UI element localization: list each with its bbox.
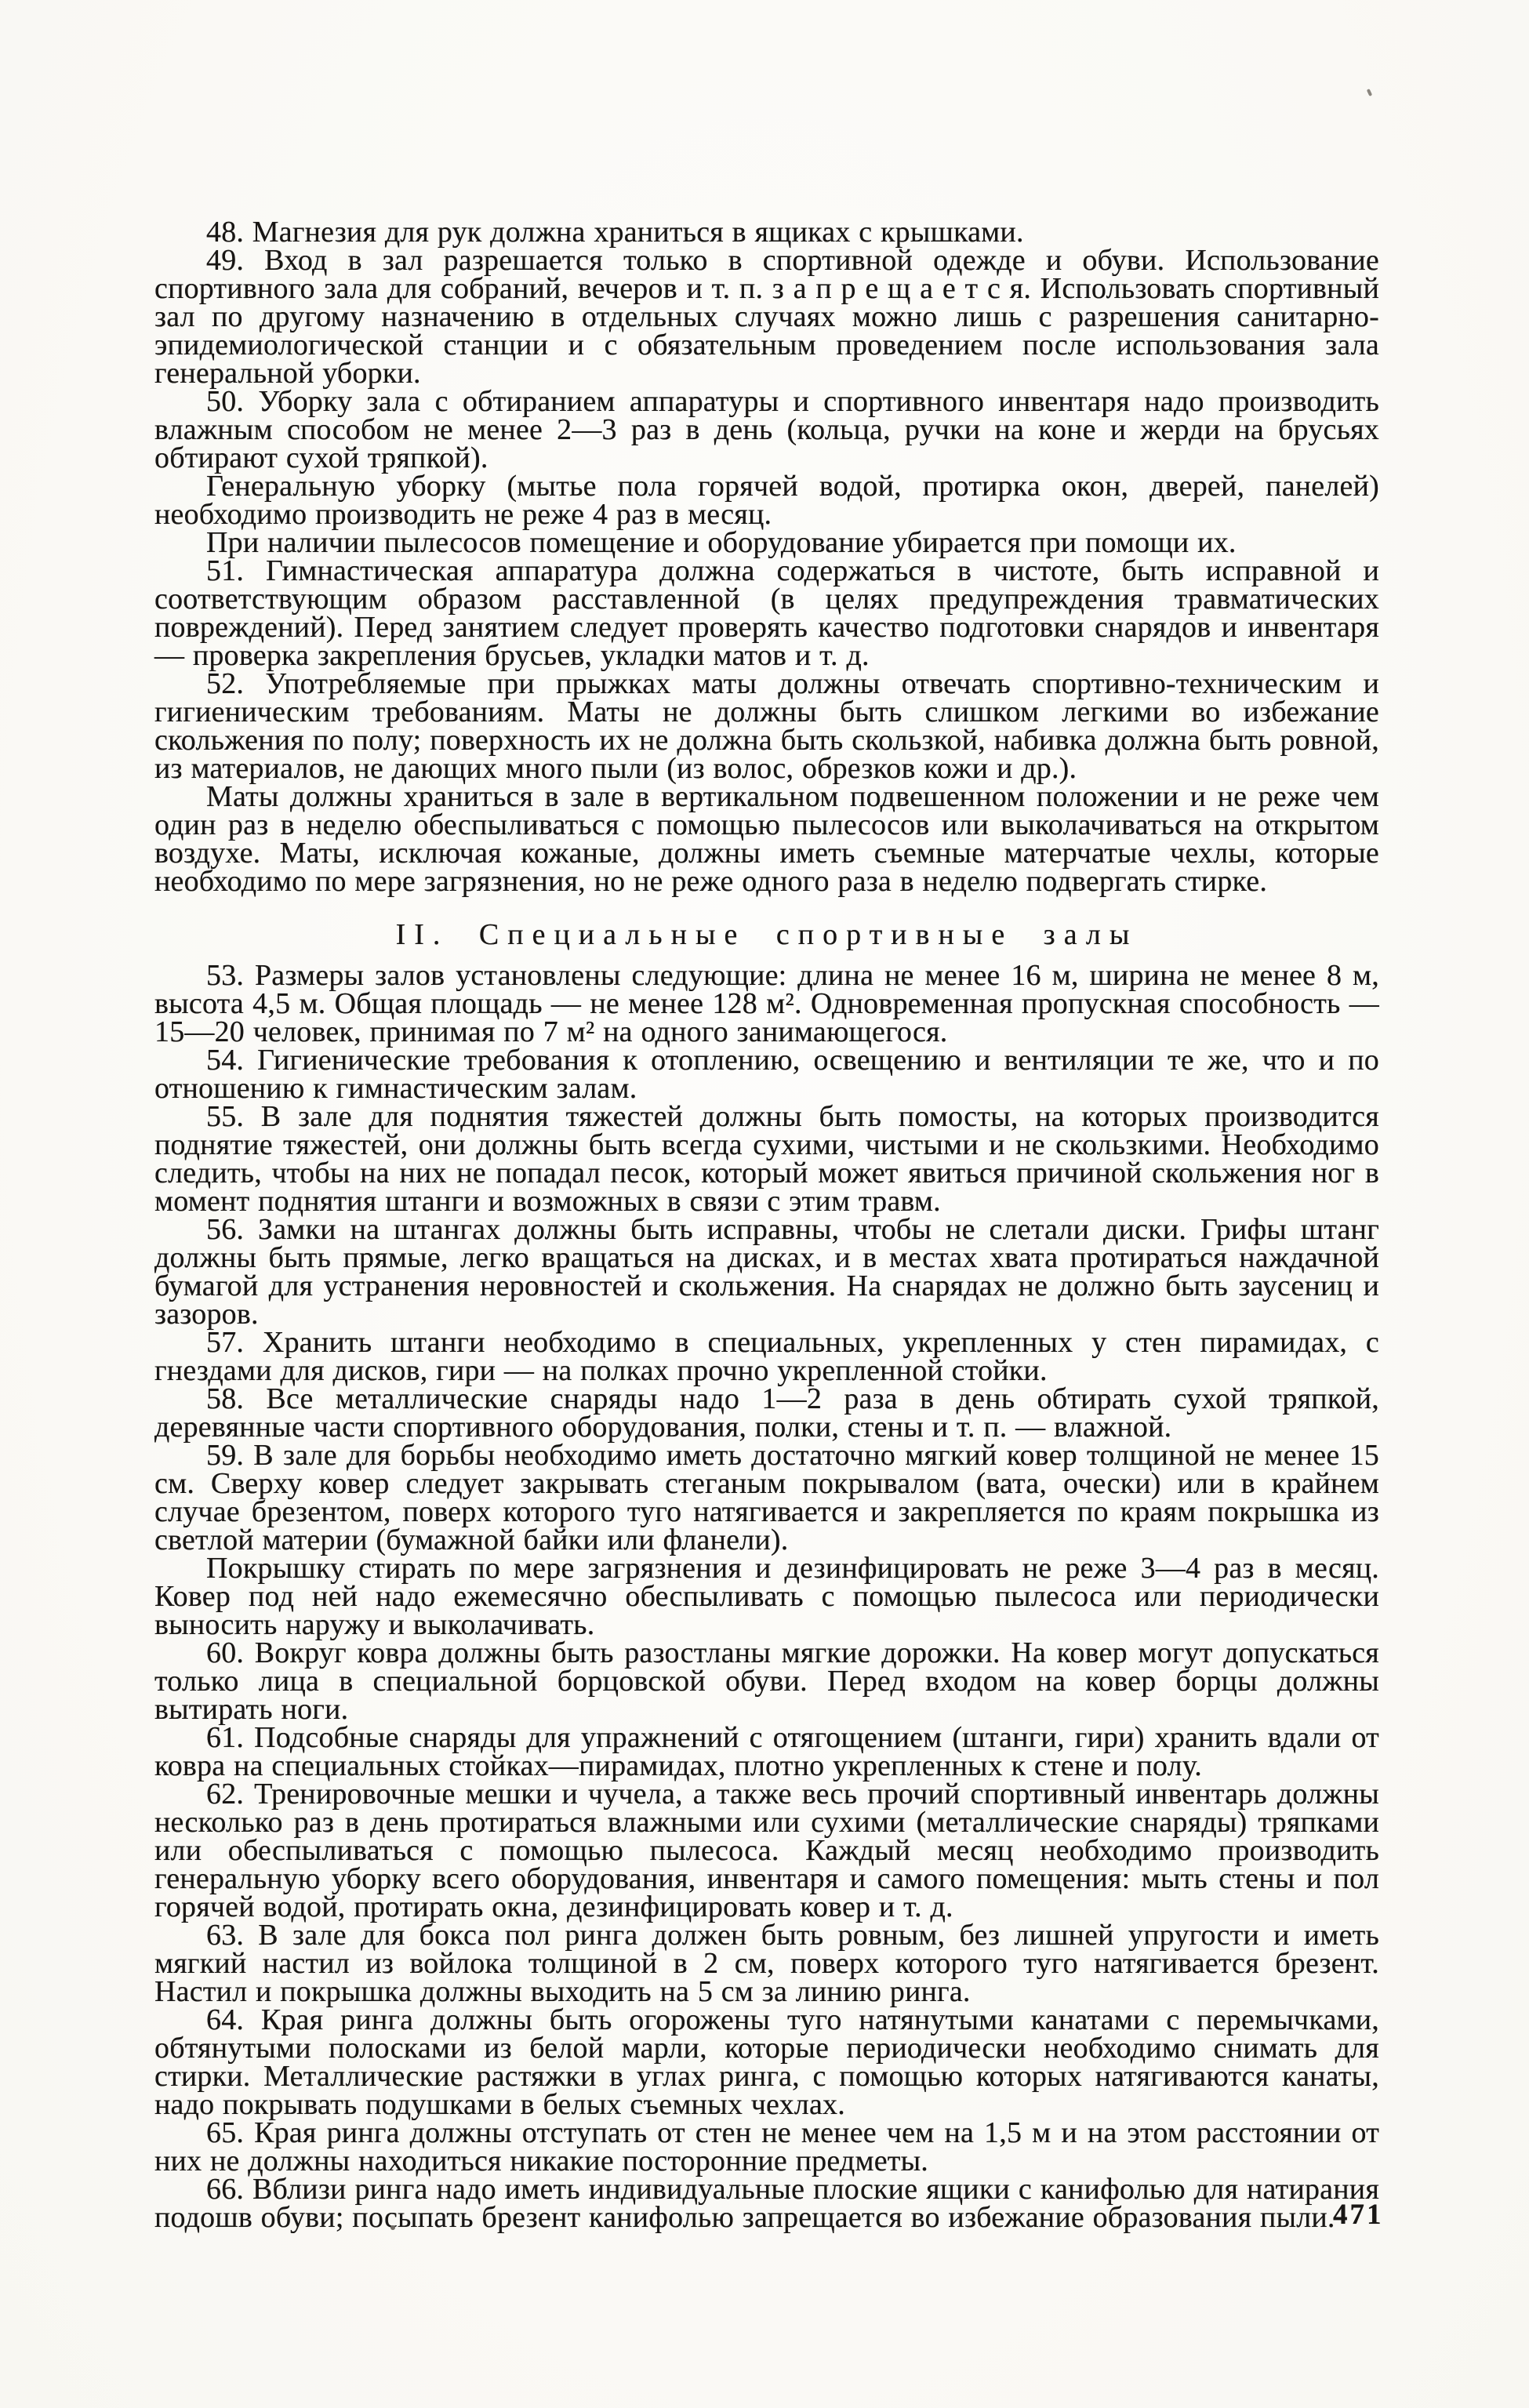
paragraph: 59. В зале для борьбы необходимо иметь д… (154, 1441, 1379, 1554)
paragraph: Покрышку стирать по мере загрязнения и д… (154, 1554, 1379, 1639)
paragraph: 49. Вход в зал разрешается только в спор… (154, 246, 1379, 387)
paragraph: 56. Замки на штангах должны быть исправн… (154, 1215, 1379, 1328)
paragraph: 61. Подсобные снаряды для упражнений с о… (154, 1723, 1379, 1780)
paragraph: 62. Тренировочные мешки и чучела, а такж… (154, 1780, 1379, 1921)
paragraph: 58. Все металлические снаряды надо 1—2 р… (154, 1385, 1379, 1441)
paragraph: При наличии пылесосов помещение и оборуд… (154, 528, 1379, 557)
paragraph: 52. Употребляемые при прыжках маты должн… (154, 670, 1379, 783)
paragraph: 63. В зале для бокса пол ринга должен бы… (154, 1921, 1379, 2006)
paragraph: 48. Магнезия для рук должна храниться в … (154, 218, 1379, 246)
paragraph: 57. Хранить штанги необходимо в специаль… (154, 1328, 1379, 1385)
paragraph: 54. Гигиенические требования к отоплению… (154, 1046, 1379, 1102)
page-body: 48. Магнезия для рук должна храниться в … (154, 218, 1379, 2232)
section-heading: II. Специальные спортивные залы (154, 919, 1379, 950)
section-special-sport-halls: 53. Размеры залов установлены следующие:… (154, 961, 1379, 2232)
scan-speck (390, 2225, 395, 2230)
paragraph: 60. Вокруг ковра должны быть разостланы … (154, 1639, 1379, 1723)
paragraph: 64. Края ринга должны быть огорожены туг… (154, 2006, 1379, 2119)
paragraph: 55. В зале для поднятия тяжестей должны … (154, 1102, 1379, 1215)
paragraph: 50. Уборку зала с обтиранием аппаратуры … (154, 387, 1379, 472)
page-number: 471 (1333, 2198, 1384, 2232)
scan-speck (1367, 89, 1372, 96)
paragraph: 51. Гимнастическая аппаратура должна сод… (154, 557, 1379, 670)
section-gymnastic-halls: 48. Магнезия для рук должна храниться в … (154, 218, 1379, 895)
paragraph: Маты должны храниться в зале в вертикаль… (154, 783, 1379, 895)
paragraph: Генеральную уборку (мытье пола горячей в… (154, 472, 1379, 528)
paragraph: 66. Вблизи ринга надо иметь индивидуальн… (154, 2175, 1379, 2232)
scanned-page: 48. Магнезия для рук должна храниться в … (0, 0, 1529, 2408)
paragraph: 65. Края ринга должны отступать от стен … (154, 2119, 1379, 2175)
paragraph: 53. Размеры залов установлены следующие:… (154, 961, 1379, 1046)
